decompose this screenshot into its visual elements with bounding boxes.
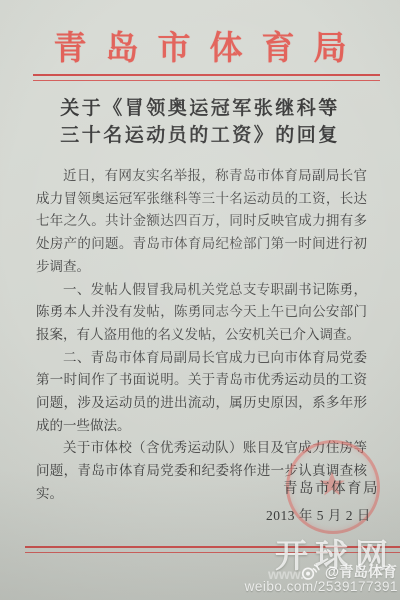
weibo-icon (300, 563, 321, 581)
paragraph-item-1: 一、发帖人假冒我局机关党总支专职副书记陈勇，陈勇本人并没有发帖，陈勇同志今天上午… (36, 279, 367, 347)
paragraph-item-2: 二、青岛市体育局副局长官成力已向市体育局党委第一时间作了书面说明。关于青岛市优秀… (36, 347, 367, 438)
document-photo: 青岛市体育局 关于《冒领奥运冠军张继科等 三十名运动员的工资》的回复 近日，有网… (0, 0, 400, 600)
document-date: 2013 年 5 月 2 日 (266, 504, 371, 524)
agency-letterhead: 青岛市体育局 (0, 22, 400, 69)
paragraph-intro: 近日，有网友实名举报，称青岛市体育局副局长官成力冒领奥运冠军张继科等三十名运动员… (36, 165, 367, 279)
letterhead-divider (33, 74, 380, 81)
watermark-weibo-url: weibo.com/2539177391 (245, 579, 398, 594)
document-title-line2: 三十名运动员的工资》的回复 (0, 122, 400, 149)
signature-agency: 青岛市体育局 (283, 477, 379, 498)
document-title-line1: 关于《冒领奥运冠军张继科等 (0, 95, 400, 122)
document-title: 关于《冒领奥运冠军张继科等 三十名运动员的工资》的回复 (0, 95, 400, 149)
